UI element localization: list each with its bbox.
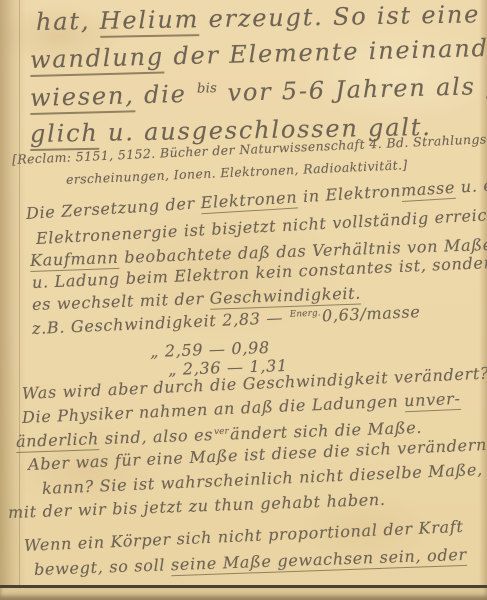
handwriting-text: hat, xyxy=(36,7,100,36)
handwriting-line: wandlung der Elemente ineinander Be- xyxy=(30,32,487,74)
underlined-text: seine Maße gewachsen sein, oder xyxy=(171,545,468,576)
underlined-text: Helium xyxy=(99,5,199,38)
notebook-page: hat, Helium erzeugt. So ist eine Um-wand… xyxy=(0,0,487,600)
underlined-text: glich xyxy=(30,119,99,151)
inserted-superscript-text: Energ. xyxy=(290,308,322,319)
handwriting-text: bewegt, so soll xyxy=(34,555,172,579)
handwriting-text: Die Zersetzung der xyxy=(25,193,201,223)
handwriting-lines: hat, Helium erzeugt. So ist eine Um-wand… xyxy=(0,0,487,600)
handwriting-text: die xyxy=(134,80,196,110)
underlined-text: unver- xyxy=(404,389,461,412)
handwriting-text: sind, also es xyxy=(99,425,214,448)
handwriting-text: vor 5-6 Jahren als ganz xyxy=(218,70,487,107)
underlined-text: wiesen, xyxy=(30,81,135,115)
underlined-text: änderlich xyxy=(16,429,100,453)
handwriting-line: hat, Helium erzeugt. So ist eine Um- xyxy=(36,0,487,36)
page-bottom-edge xyxy=(0,585,487,600)
inserted-superscript-text: bis xyxy=(197,81,217,97)
handwriting-text: es wechselt mit der xyxy=(32,289,210,314)
handwriting-text: der Elemente ineinander Be- xyxy=(164,32,487,71)
handwriting-text: 0,63/masse xyxy=(322,302,421,325)
handwriting-text: in Elektron xyxy=(297,181,402,206)
underlined-text: Elektronen xyxy=(200,187,298,214)
handwriting-text: u. eigentliche xyxy=(454,170,487,197)
inserted-superscript-text: ver xyxy=(214,426,229,437)
underlined-text: Kaufmann xyxy=(30,248,119,272)
underlined-text: wandlung xyxy=(30,42,165,76)
handwriting-text: erzeugt. So ist eine xyxy=(199,0,487,33)
underlined-text: masse xyxy=(400,178,455,202)
